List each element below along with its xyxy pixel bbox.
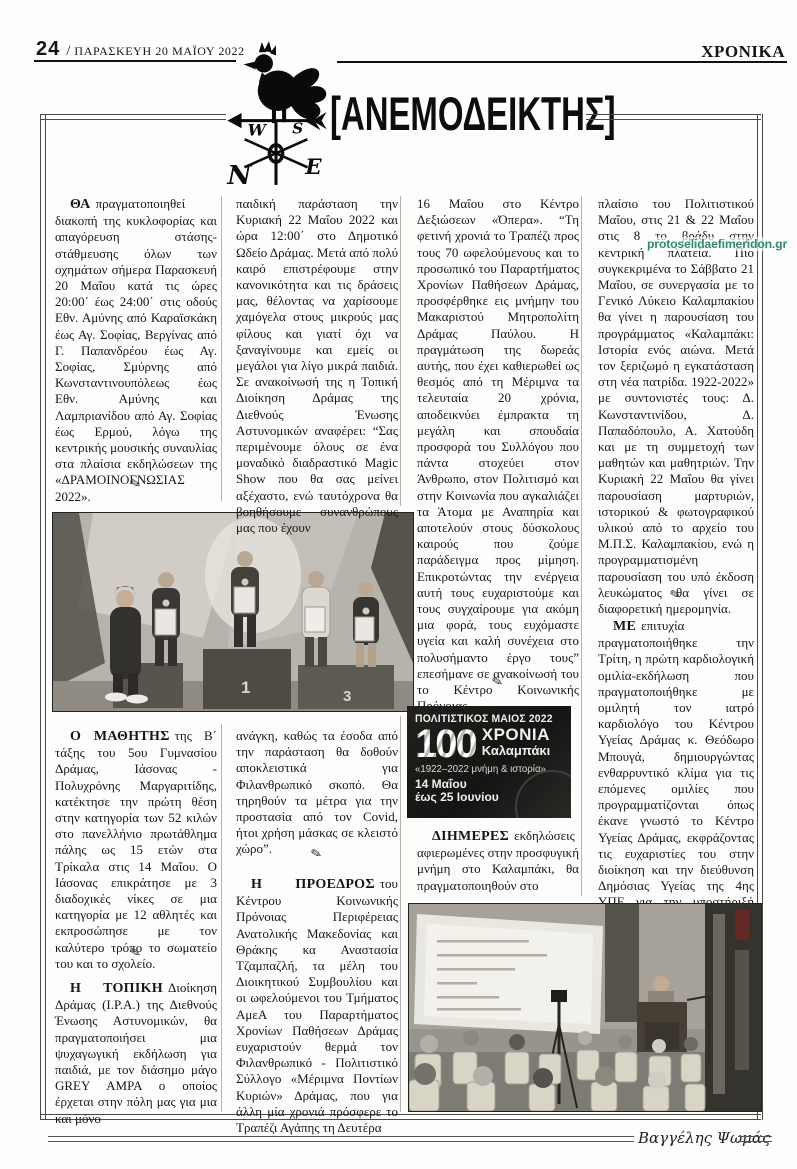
compass-n-label: N xyxy=(226,160,252,191)
compass-e-label: E xyxy=(304,155,322,180)
article-paragraph: Η ΠΡΟΕΔΡΟΣτου Κέντρου Κοινωνικής Πρόνοια… xyxy=(236,876,398,1136)
paragraph-lead: ΔΙΗΜΕΡΕΣ xyxy=(432,829,509,844)
conference-photo xyxy=(408,903,762,1112)
column-rule xyxy=(581,196,582,896)
paragraph-text: παιδική παράσταση την Κυριακή 22 Μαΐου 2… xyxy=(236,196,398,535)
frame-border xyxy=(586,114,761,120)
cultural-may-poster: ΠΟΛΙΤΙΣΤΙΚΟΣ ΜΑΙΟΣ 2022 100 ΧΡΟΝΙΑ Καλαμ… xyxy=(407,706,571,818)
podium-number-1: 1 xyxy=(241,678,250,697)
paragraph-text: πλαίσιο του Πολιτιστικού Μαΐου, στις 21 … xyxy=(598,196,754,616)
paragraph-lead: Η ΤΟΠΙΚΗ xyxy=(70,981,163,996)
column-rule xyxy=(400,196,401,506)
paragraph-lead: Η ΠΡΟΕΔΡΟΣ xyxy=(251,877,375,892)
section-title: ΧΡΟΝΙΚΑ xyxy=(701,42,785,62)
paragraph-text: του Κέντρου Κοινωνικής Πρόνοιας Περιφέρε… xyxy=(236,876,398,1135)
article-paragraph: ανάγκη, καθώς τα έσοδα από την παράσταση… xyxy=(236,728,398,858)
compass-w-label: W xyxy=(248,120,268,139)
signature-rule xyxy=(738,1136,772,1142)
poster-years-label: ΧΡΟΝΙΑ xyxy=(482,726,551,744)
author-signature: Βαγγέλης Ψωμάς xyxy=(638,1129,734,1147)
article-paragraph: Η ΤΟΠΙΚΗΔιοίκηση Δράμας (I.P.A.) της Διε… xyxy=(55,980,217,1127)
page-date: ΠΑΡΑΣΚΕΥΗ 20 ΜΑΪΟΥ 2022 xyxy=(74,44,244,58)
article-paragraph: 16 Μαΐου στο Κέντρο Δεξιώσεων «Όπερα». “… xyxy=(417,196,579,715)
header-separator: / xyxy=(66,43,70,59)
frame-border xyxy=(40,114,226,120)
article-paragraph: ΘΑπραγματοποιηθεί διακοπή της κυκλοφορία… xyxy=(55,196,217,505)
compass-s-label: S xyxy=(292,119,303,137)
watermark: protoselidaefimeridon.gr xyxy=(645,237,789,251)
header-rule-right xyxy=(337,61,787,63)
article-paragraph: πλαίσιο του Πολιτιστικού Μαΐου, στις 21 … xyxy=(598,196,754,617)
podium-number-3: 3 xyxy=(343,688,351,705)
paragraph-text: 16 Μαΐου στο Κέντρο Δεξιώσεων «Όπερα». “… xyxy=(417,196,579,713)
paragraph-text: της Β΄ τάξης του 5ου Γυμνασίου Δράμας, Ι… xyxy=(55,728,217,971)
paragraph-text: Διοίκηση Δράμας (I.P.A.) της Διεθνούς Έν… xyxy=(55,980,217,1126)
column-title: [ΑΝΕΜΟΔΕΙΚΤΗΣ] xyxy=(330,86,616,141)
article-paragraph: παιδική παράσταση την Κυριακή 22 Μαΐου 2… xyxy=(236,196,398,536)
poster-town-label: Καλαμπάκι xyxy=(482,744,551,758)
newspaper-page: 24/ΠΑΡΑΣΚΕΥΗ 20 ΜΑΪΟΥ 2022 ΧΡΟΝΙΚΑ xyxy=(0,0,797,1169)
frame-border xyxy=(40,114,46,1120)
column-rule xyxy=(400,716,401,1112)
paragraph-text: πραγματοποιηθεί διακοπή της κυκλοφορίας … xyxy=(55,196,217,504)
signature-rule xyxy=(48,1136,634,1142)
header-rule-left xyxy=(34,60,236,62)
poster-header: ΠΟΛΙΤΙΣΤΙΚΟΣ ΜΑΙΟΣ 2022 xyxy=(415,713,551,725)
rooster-weathervane-icon: N W S E xyxy=(222,30,330,192)
article-paragraph: Ο ΜΑΘΗΤΗΣτης Β΄ τάξης του 5ου Γυμνασίου … xyxy=(55,728,217,972)
poster-100-number: 100 xyxy=(415,726,476,762)
paragraph-lead: Ο ΜΑΘΗΤΗΣ xyxy=(70,729,170,744)
podium-photo: 1 3 xyxy=(52,512,414,712)
paragraph-lead: ΘΑ xyxy=(70,197,91,212)
paragraph-text: ανάγκη, καθώς τα έσοδα από την παράσταση… xyxy=(236,728,398,856)
article-paragraph: ΔΙΗΜΕΡΕΣεκδηλώσεις αφιερωμένες στην προσ… xyxy=(417,828,579,894)
page-number: 24 xyxy=(36,38,60,60)
paragraph-lead: ΜΕ xyxy=(613,619,636,634)
column-rule xyxy=(221,196,222,501)
page-header: 24/ΠΑΡΑΣΚΕΥΗ 20 ΜΑΪΟΥ 2022 xyxy=(36,38,245,61)
column-rule xyxy=(221,724,222,1112)
